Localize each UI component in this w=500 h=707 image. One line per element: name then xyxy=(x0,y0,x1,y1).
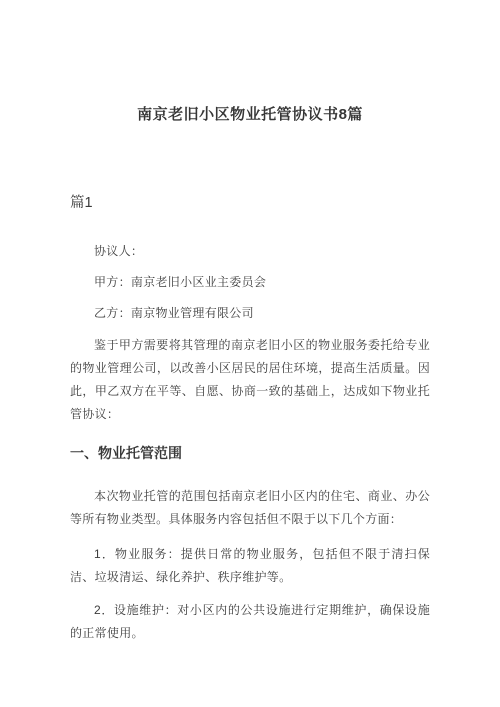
document-title: 南京老旧小区物业托管协议书8篇 xyxy=(0,104,500,126)
document-page: 南京老旧小区物业托管协议书8篇 篇1 协议人： 甲方：南京老旧小区业主委员会 乙… xyxy=(0,0,500,707)
service-item-1: 1．物业服务：提供日常的物业服务，包括但不限于清扫保洁、垃圾清运、绿化养护、秩序… xyxy=(70,543,430,589)
section-label: 篇1 xyxy=(70,193,430,213)
intro-paragraph: 鉴于甲方需要将其管理的南京老旧小区的物业服务委托给专业的物业管理公司，以改善小区… xyxy=(70,334,430,426)
parties-label: 协议人： xyxy=(70,240,430,263)
service-item-2: 2．设施维护：对小区内的公共设施进行定期维护，确保设施的正常使用。 xyxy=(70,599,430,645)
scope-paragraph: 本次物业托管的范围包括南京老旧小区内的住宅、商业、办公等所有物业类型。具体服务内… xyxy=(70,485,430,531)
party-b-line: 乙方：南京物业管理有限公司 xyxy=(70,302,430,325)
chapter-heading: 一、物业托管范围 xyxy=(70,443,430,463)
party-a-line: 甲方：南京老旧小区业主委员会 xyxy=(70,271,430,294)
